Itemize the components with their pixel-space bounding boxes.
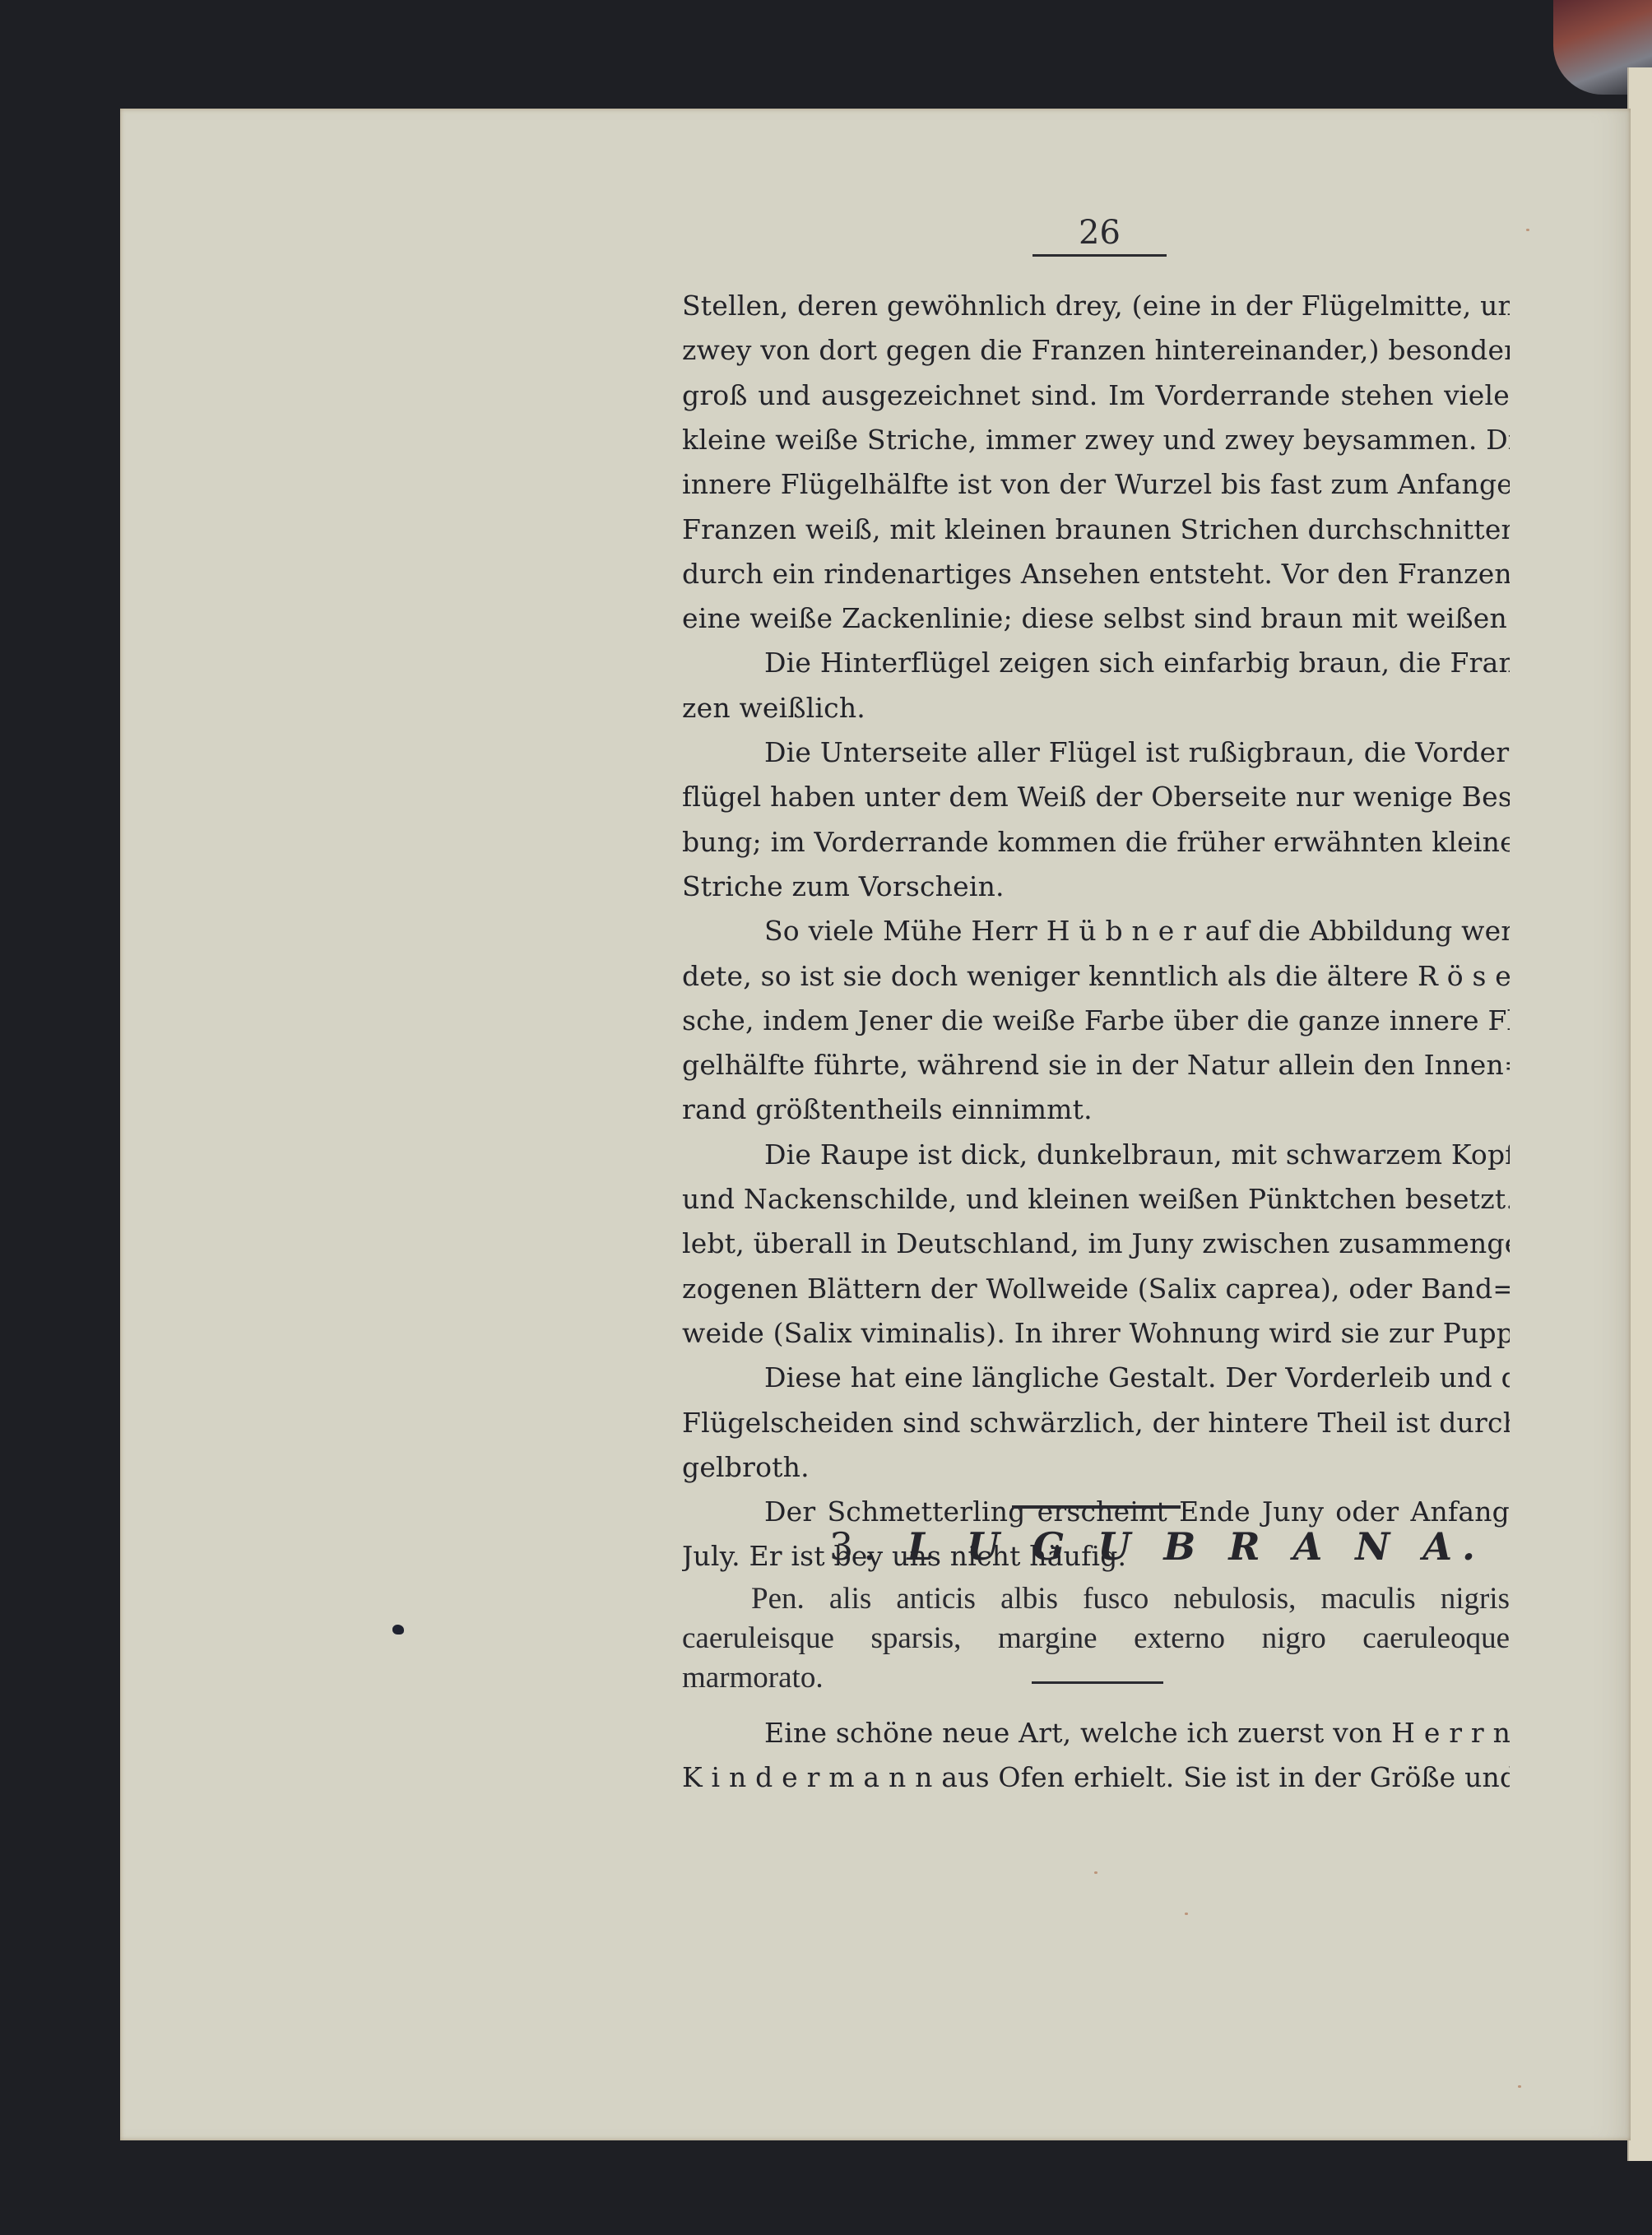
paragraph-start: Eine schöne neue Art, welche ich zuerst …	[764, 1711, 1510, 1755]
paragraph-start: Diese hat eine längliche Gestalt. Der Vo…	[764, 1356, 1510, 1400]
text-line: sche, indem Jener die weiße Farbe über d…	[682, 999, 1510, 1043]
text-line: dete, so ist sie doch weniger kenntlich …	[682, 954, 1510, 999]
text-line: lebt, überall in Deutschland, im Juny zw…	[682, 1222, 1510, 1266]
section-title: 3. L U G U B R A N A.	[829, 1522, 1356, 1571]
text-line: K i n d e r m a n n aus Ofen erhielt. Si…	[682, 1755, 1510, 1800]
text-line: innere Flügelhälfte ist von der Wurzel b…	[682, 462, 1510, 507]
text-line: zen weißlich.	[682, 686, 1510, 730]
text-line: bung; im Vorderrande kommen die früher e…	[682, 820, 1510, 865]
text-line: durch ein rindenartiges Ansehen entsteht…	[682, 552, 1510, 596]
diagnosis-line: marmorato.	[682, 1658, 1510, 1698]
section-rule-bottom	[1032, 1681, 1163, 1684]
page-number: 26	[1032, 212, 1167, 253]
paper-speck	[1185, 1913, 1188, 1915]
text-line: groß und ausgezeichnet sind. Im Vorderra…	[682, 373, 1510, 418]
paper-speck	[1518, 2085, 1521, 2088]
paper-speck	[1094, 1871, 1097, 1874]
text-line: Stellen, deren gewöhnlich drey, (eine in…	[682, 284, 1510, 328]
text-line: weide (Salix viminalis). In ihrer Wohnun…	[682, 1311, 1510, 1356]
text-line: gelbroth.	[682, 1445, 1510, 1490]
text-line: zwey von dort gegen die Franzen hinterei…	[682, 328, 1510, 373]
text-line: eine weiße Zackenlinie; diese selbst sin…	[682, 596, 1510, 641]
text-line: flügel haben unter dem Weiß der Oberseit…	[682, 775, 1510, 819]
paper-speck	[1526, 229, 1529, 231]
text-line: zogenen Blättern der Wollweide (Salix ca…	[682, 1267, 1510, 1311]
text-line: Franzen weiß, mit kleinen braunen Strich…	[682, 508, 1510, 552]
text-line: und Nackenschilde, und kleinen weißen Pü…	[682, 1177, 1510, 1222]
paragraph-start: Die Unterseite aller Flügel ist rußigbra…	[764, 730, 1510, 775]
paragraph-start: Die Hinterflügel zeigen sich einfarbig b…	[764, 641, 1510, 685]
next-page-edge	[1627, 67, 1652, 2161]
header-rule	[1032, 254, 1167, 257]
paragraph-start: So viele Mühe Herr H ü b n e r auf die A…	[764, 909, 1510, 953]
section-rule-top	[1012, 1505, 1181, 1509]
text-line: gelhälfte führte, während sie in der Nat…	[682, 1043, 1510, 1087]
text-line: Striche zum Vorschein.	[682, 865, 1510, 909]
ink-blot	[392, 1625, 404, 1635]
section-number: 3.	[829, 1524, 885, 1569]
text-line: rand größtentheils einnimmt.	[682, 1087, 1510, 1132]
species-name: L U G U B R A N A.	[907, 1524, 1486, 1569]
diagnosis-line: caeruleisque sparsis, margine externo ni…	[682, 1619, 1510, 1658]
diagnosis-line: Pen. alis anticis albis fusco nebulosis,…	[751, 1579, 1510, 1619]
paragraph-start: Die Raupe ist dick, dunkelbraun, mit sch…	[764, 1133, 1510, 1177]
text-line: kleine weiße Striche, immer zwey und zwe…	[682, 418, 1510, 462]
text-line: Flügelscheiden sind schwärzlich, der hin…	[682, 1401, 1510, 1445]
